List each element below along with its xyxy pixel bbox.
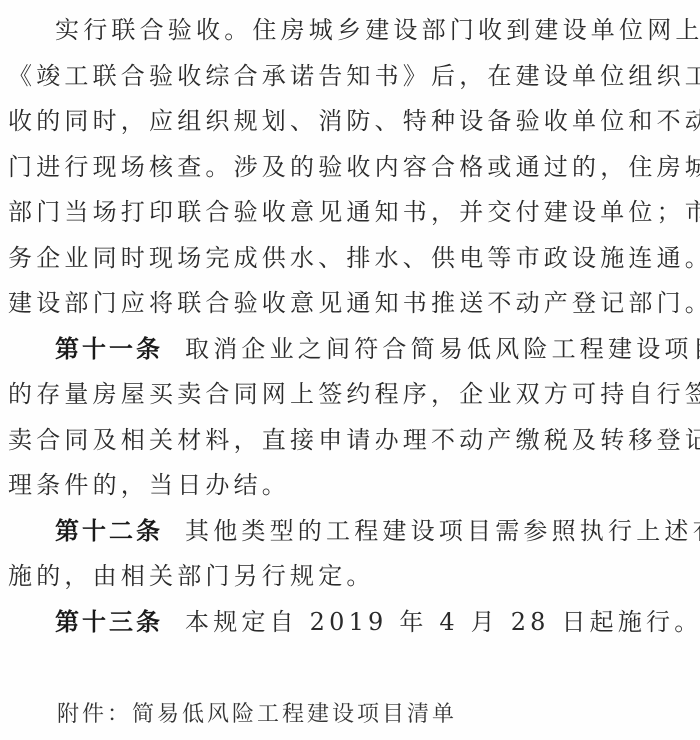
article-13-heading: 第十三条 (55, 608, 163, 636)
article-12-first-line: 第十二条其他类型的工程建设项目需参照执行上述有关措 (55, 516, 700, 546)
article-11-heading: 第十一条 (55, 335, 163, 363)
paragraph-line: 务企业同时现场完成供水、排水、供电等市政设施连通。住房城乡 (8, 243, 698, 273)
paragraph-line: 建设部门应将联合验收意见通知书推送不动产登记部门。 (8, 288, 698, 318)
paragraph-line: 卖合同及相关材料，直接申请办理不动产缴税及转移登记；符合办 (8, 425, 698, 455)
paragraph-line: 部门当场打印联合验收意见通知书，并交付建设单位；市政公用服 (8, 197, 698, 227)
article-12-heading: 第十二条 (55, 517, 163, 545)
article-11-first-line: 第十一条取消企业之间符合简易低风险工程建设项目清单 (55, 334, 700, 364)
article-13-first-line: 第十三条本规定自 2019 年 4 月 28 日起施行。 (55, 607, 700, 637)
paragraph-line: 施的，由相关部门另行规定。 (8, 561, 698, 591)
paragraph-line: 《竣工联合验收综合承诺告知书》后，在建设单位组织工程竣工验 (8, 61, 698, 91)
attachment-line: 附件：简易低风险工程建设项目清单 (57, 700, 457, 730)
paragraph-line: 实行联合验收。住房城乡建设部门收到建设单位网上提交的 (55, 15, 700, 45)
paragraph-line: 门进行现场核查。涉及的验收内容合格或通过的，住房城乡建设 (8, 152, 698, 182)
article-13-text: 本规定自 2019 年 4 月 28 日起施行。 (185, 608, 700, 636)
paragraph-line: 理条件的，当日办结。 (8, 470, 698, 500)
article-12-text: 其他类型的工程建设项目需参照执行上述有关措 (185, 517, 700, 545)
document-page: 实行联合验收。住房城乡建设部门收到建设单位网上提交的 《竣工联合验收综合承诺告知… (0, 0, 700, 740)
paragraph-line: 的存量房屋买卖合同网上签约程序，企业双方可持自行签订的买 (8, 379, 698, 409)
article-11-text: 取消企业之间符合简易低风险工程建设项目清单 (185, 335, 700, 363)
paragraph-line: 收的同时，应组织规划、消防、特种设备验收单位和不动产登记部 (8, 106, 698, 136)
